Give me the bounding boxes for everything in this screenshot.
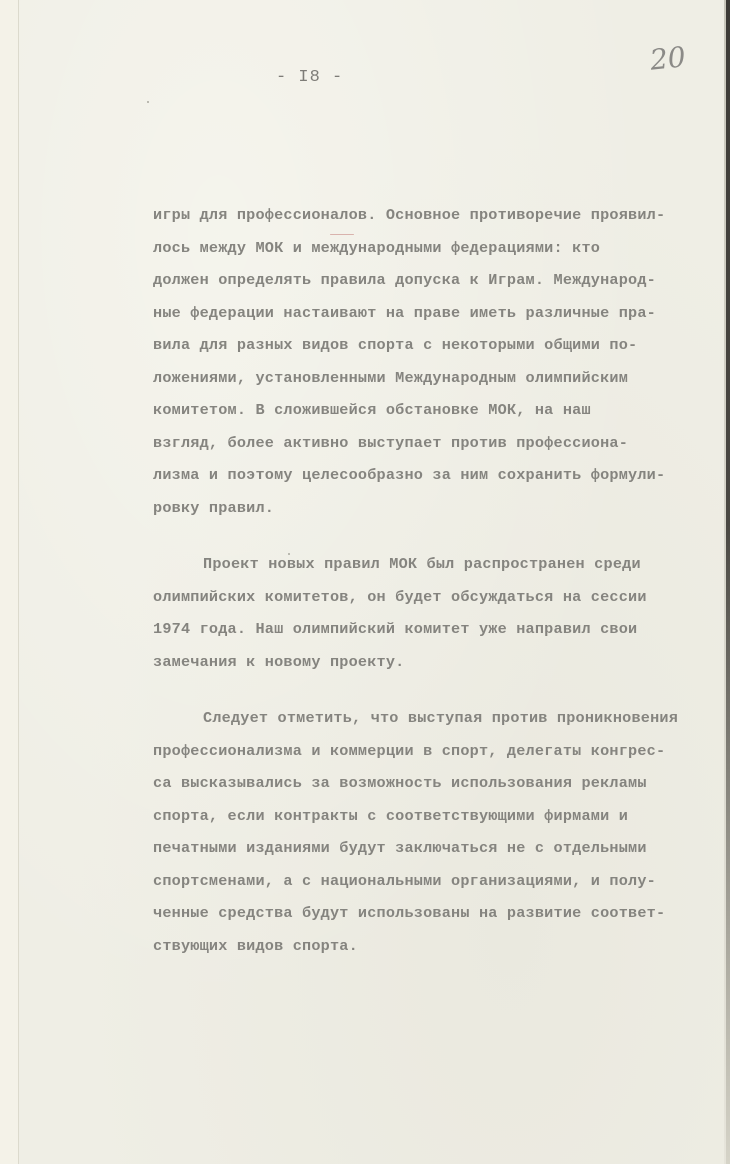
- text-line: спорта, если контракты с соответствующим…: [153, 805, 730, 838]
- paragraph: Проект новых правил МОК был распростране…: [153, 553, 730, 683]
- text-line: Следует отметить, что выступая против пр…: [153, 707, 730, 740]
- text-line: ченные средства будут использованы на ра…: [153, 902, 730, 935]
- archive-folio-number: 20: [648, 40, 687, 77]
- text-line: игры для профессионалов. Основное против…: [153, 204, 730, 237]
- text-line: 1974 года. Наш олимпийский комитет уже н…: [153, 618, 730, 651]
- text-line: Проект новых правил МОК был распростране…: [153, 553, 730, 586]
- text-line: вила для разных видов спорта с некоторым…: [153, 334, 730, 367]
- text-line: взгляд, более активно выступает против п…: [153, 432, 730, 465]
- page-binding-edge: [0, 0, 19, 1164]
- text-line: лизма и поэтому целесообразно за ним сох…: [153, 464, 730, 497]
- text-line: олимпийских комитетов, он будет обсуждат…: [153, 586, 730, 619]
- text-line: ровку правил.: [153, 497, 730, 530]
- text-line: профессионализма и коммерции в спорт, де…: [153, 740, 730, 773]
- text-line: лось между МОК и международными федераци…: [153, 237, 730, 270]
- paragraph-gap: [153, 683, 730, 707]
- text-line: печатными изданиями будут заключаться не…: [153, 837, 730, 870]
- paragraph: Следует отметить, что выступая против пр…: [153, 707, 730, 967]
- text-line: должен определять правила допуска к Игра…: [153, 269, 730, 302]
- text-line: комитетом. В сложившейся обстановке МОК,…: [153, 399, 730, 432]
- paper-speck: [147, 101, 149, 103]
- text-line: ствующих видов спорта.: [153, 935, 730, 968]
- text-line: спортсменами, а с национальными организа…: [153, 870, 730, 903]
- text-line: ложениями, установленными Международным …: [153, 367, 730, 400]
- paragraph-gap: [153, 529, 730, 553]
- text-line: са высказывались за возможность использо…: [153, 772, 730, 805]
- paragraph: игры для профессионалов. Основное против…: [153, 204, 730, 529]
- page-number: - I8 -: [276, 68, 343, 87]
- text-line: замечания к новому проекту.: [153, 651, 730, 684]
- text-line: ные федерации настаивают на праве иметь …: [153, 302, 730, 335]
- document-body: игры для профессионалов. Основное против…: [153, 204, 730, 967]
